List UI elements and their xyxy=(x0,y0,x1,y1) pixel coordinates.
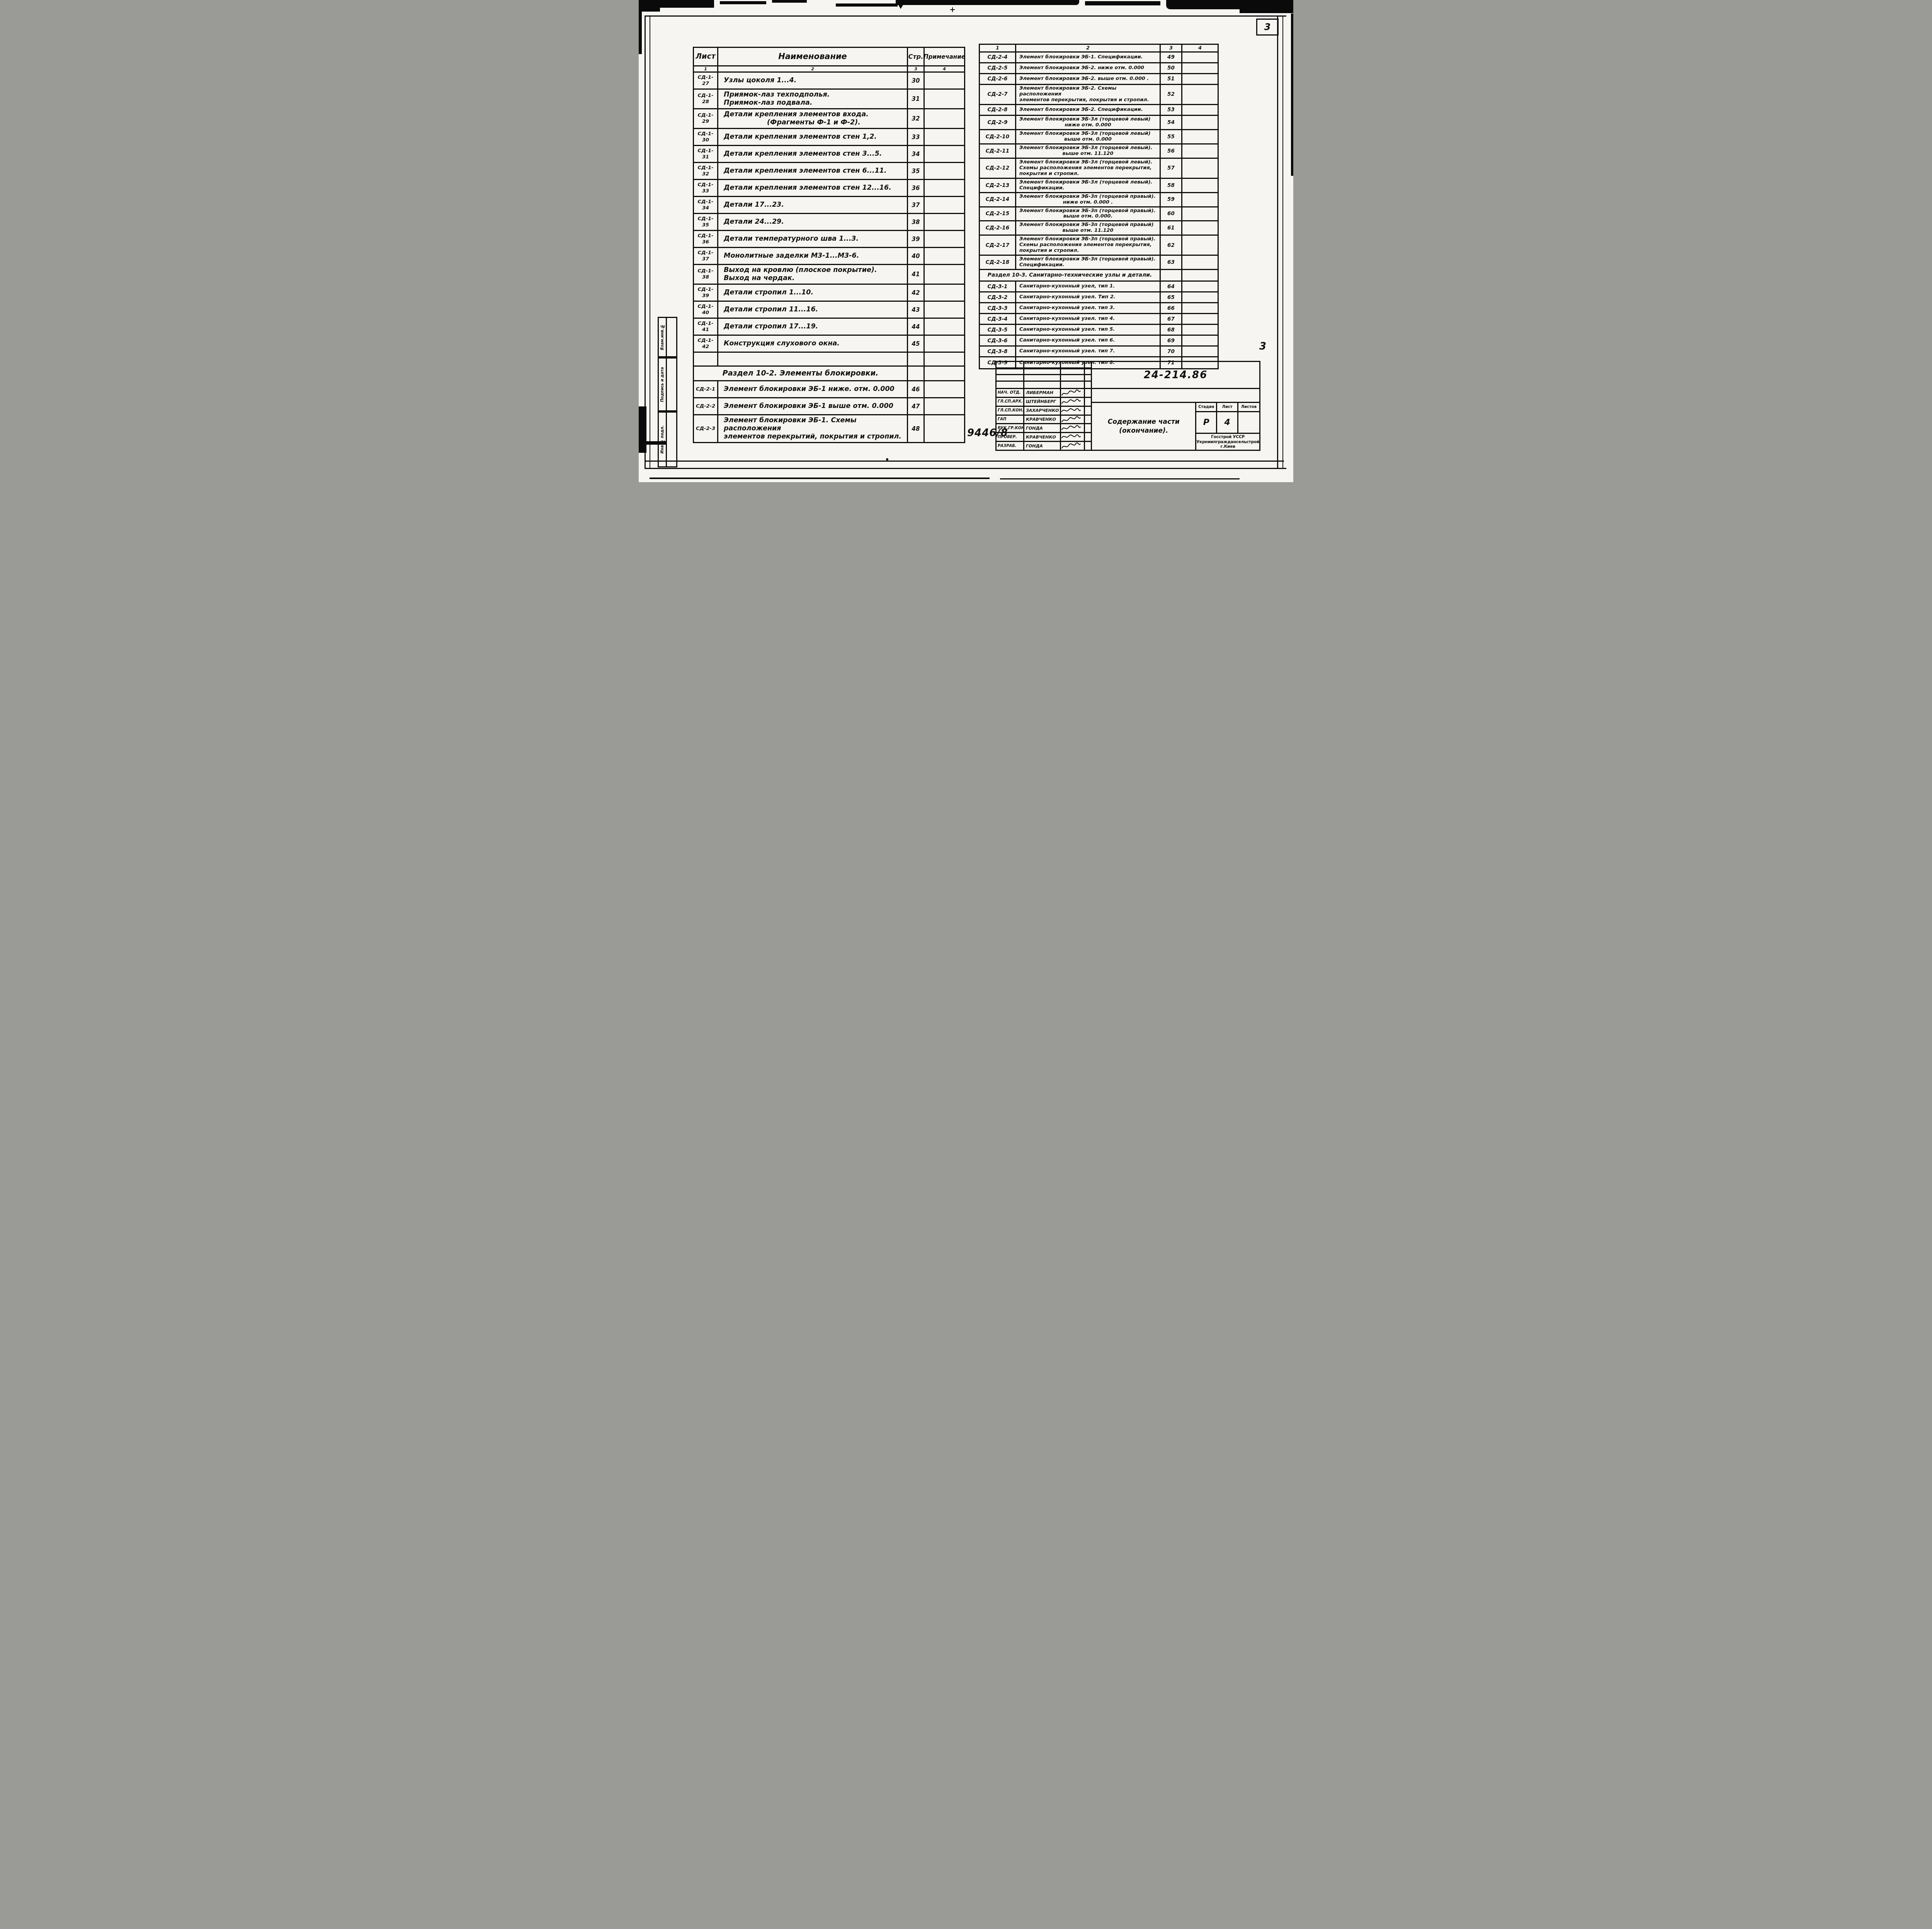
sheet-id: СД-2-3 xyxy=(694,415,718,442)
sheet-id: СД-1-31 xyxy=(694,146,718,162)
sheet-name: Элемент блокировки ЭБ-3л (торцевой левый… xyxy=(1016,159,1161,178)
scan-artifact xyxy=(639,0,714,8)
page-number: 61 xyxy=(1161,221,1182,235)
signature-empty-row xyxy=(997,375,1091,382)
sheet-id: СД-1-27 xyxy=(694,73,718,88)
note-cell xyxy=(925,109,964,128)
sheet-name: Приямок-лаз техподполья.Приямок-лаз подв… xyxy=(718,90,908,108)
frame-right-inner-line xyxy=(1277,15,1278,469)
section-row: Раздел 10-3. Санитарно-технические узлы … xyxy=(980,270,1218,282)
page-number: 57 xyxy=(1161,159,1182,178)
contents-table-left: Лист Наименование Стр. Примечание 1 2 3 … xyxy=(693,47,965,443)
sheet-id: СД-1-32 xyxy=(694,163,718,179)
table-row: СД-2-17Элемент блокировки ЭБ-3п (торцево… xyxy=(980,236,1218,256)
sheet-id: СД-2-1 xyxy=(694,381,718,397)
signature-cell xyxy=(1061,389,1085,397)
sheet-name: Элемент блокировки ЭБ-3п (торцевой правы… xyxy=(1016,221,1161,235)
note-cell xyxy=(1182,116,1218,129)
sheet-id: СД-2-9 xyxy=(980,116,1016,129)
person-name: Кравченко xyxy=(1024,433,1061,441)
page-number: 45 xyxy=(908,336,925,352)
page-number: 30 xyxy=(908,73,925,88)
page-number: 32 xyxy=(908,109,925,128)
signature-row: Гл.сп.кон.Захарченко xyxy=(997,407,1091,416)
page-number: 62 xyxy=(1161,236,1182,255)
signature-scribble xyxy=(1061,433,1082,441)
page-number: 58 xyxy=(1161,179,1182,192)
stage-label: Стадия xyxy=(1196,403,1217,411)
sheet-name: Элемент блокировки ЭБ-3п (торцевой правы… xyxy=(1016,193,1161,206)
section-row: Раздел 10-2. Элементы блокировки. xyxy=(694,367,964,381)
title-block: Нач. отд.ЛиберманГл.сп.арх.ШтейнбергГл.с… xyxy=(995,361,1260,451)
sheet-value: 4 xyxy=(1217,412,1238,433)
note-cell xyxy=(1182,85,1218,104)
frame-top-line xyxy=(645,15,1286,17)
sheet-id: СД-1-29 xyxy=(694,109,718,128)
page-number: 39 xyxy=(908,231,925,247)
sheet-name: Детали температурного шва 1...3. xyxy=(718,231,908,247)
sheet-id: СД-2-17 xyxy=(980,236,1016,255)
stamp-vzam-inv: Взам.инв.№ xyxy=(658,317,677,357)
header-name: Наименование xyxy=(718,48,908,65)
sheet-name: Элемент блокировки ЭБ-3п (торцевой правы… xyxy=(1016,236,1161,255)
note-cell xyxy=(1182,314,1218,324)
signature-scribble xyxy=(1061,398,1081,405)
sheet-id: СД-3-4 xyxy=(980,314,1016,324)
sheet-name: Элемент блокировки ЭБ-3п (торцевой правы… xyxy=(1016,256,1161,269)
note-cell xyxy=(925,197,964,213)
sheet-number-box: 3 xyxy=(1256,19,1279,36)
sheet-name: Узлы цоколя 1...4. xyxy=(718,73,908,88)
title-block-empty-band xyxy=(1092,389,1259,403)
scan-artifact xyxy=(1291,14,1293,176)
empty-row xyxy=(694,353,964,367)
scan-artifact xyxy=(1000,478,1240,479)
table-row: СД-2-3Элемент блокировки ЭБ-1. Схемы рас… xyxy=(694,415,964,442)
sheet-name: Конструкция слухового окна. xyxy=(718,336,908,352)
sheet-name: Санитарно-кухонный узел. тип 5. xyxy=(1016,325,1161,335)
signature-cell xyxy=(1061,407,1085,415)
header-page: Стр. xyxy=(908,48,925,65)
scan-artifact xyxy=(896,0,1079,5)
note-cell xyxy=(1182,303,1218,313)
page-number: 48 xyxy=(908,415,925,442)
table-row: СД-3-4Санитарно-кухонный узел. тип 4.67 xyxy=(980,314,1218,325)
table-row: СД-1-30Детали крепления элементов стен 1… xyxy=(694,129,964,146)
note-cell xyxy=(1182,336,1218,345)
sheet-name: Санитарно-кухонный узел. тип 3. xyxy=(1016,303,1161,313)
note-cell xyxy=(925,248,964,264)
table-row: СД-1-27Узлы цоколя 1...4.30 xyxy=(694,73,964,90)
column-numbers-row: 1 2 3 4 xyxy=(694,66,964,73)
sheet-number: 3 xyxy=(1264,22,1271,32)
sheet-id: СД-3-2 xyxy=(980,292,1016,302)
note-cell xyxy=(925,73,964,88)
date-cell xyxy=(1085,398,1091,406)
table-row: СД-2-2Элемент блокировки ЭБ-1 выше отм. … xyxy=(694,398,964,415)
position-label: ГАП xyxy=(997,416,1024,423)
section-title: Раздел 10-2. Элементы блокировки. xyxy=(694,367,908,380)
sheet-name: Детали стропил 1...10. xyxy=(718,285,908,301)
note-cell xyxy=(1182,236,1218,255)
sheet-name: Детали крепления элементов стен 1,2. xyxy=(718,129,908,145)
header-note: Примечание xyxy=(925,48,964,65)
page-number: 33 xyxy=(908,129,925,145)
sheet-id: СД-2-18 xyxy=(980,256,1016,269)
note-cell xyxy=(925,231,964,247)
page-number: 43 xyxy=(908,302,925,318)
table-row: СД-2-4Элемент блокировки ЭБ-1. Специфика… xyxy=(980,53,1218,63)
sheet-name: Элемент блокировки ЭБ-3л (торцевой левый… xyxy=(1016,130,1161,143)
page-number: 56 xyxy=(1161,144,1182,158)
sheet-name: Выход на кровлю (плоское покрытие).Выход… xyxy=(718,265,908,284)
sheet-id: СД-3-3 xyxy=(980,303,1016,313)
sheet-id: СД-2-14 xyxy=(980,193,1016,206)
note-cell xyxy=(925,129,964,145)
page-number: 68 xyxy=(1161,325,1182,335)
scan-artifact xyxy=(720,1,766,4)
sheet-name: Элемент блокировки ЭБ-2. выше отм. 0.000… xyxy=(1016,74,1161,84)
table-row: СД-1-28Приямок-лаз техподполья.Приямок-л… xyxy=(694,90,964,109)
note-cell xyxy=(925,90,964,108)
empty-cell xyxy=(694,353,718,365)
col-number: 2 xyxy=(1016,45,1161,51)
stamp-label: Инв.№ подл. xyxy=(660,425,665,454)
page-number: 37 xyxy=(908,197,925,213)
page-number: 67 xyxy=(1161,314,1182,324)
note-cell xyxy=(925,265,964,284)
stamp-label-cell: Инв.№ подл. xyxy=(659,413,667,466)
table-row: СД-1-40Детали стропил 11...16.43 xyxy=(694,302,964,319)
page-number: 52 xyxy=(1161,85,1182,104)
table-row: СД-2-16Элемент блокировки ЭБ-3п (торцево… xyxy=(980,221,1218,236)
sheet-name: Детали 24...29. xyxy=(718,214,908,230)
title-block-bottom: Содержание части (окончание). Стадия Лис… xyxy=(1092,403,1259,450)
page-number: 41 xyxy=(908,265,925,284)
sheet-name: Санитарно-кухонный узел. тип 4. xyxy=(1016,314,1161,324)
sheet-id: СД-2-11 xyxy=(980,144,1016,158)
empty-cell xyxy=(1182,270,1218,280)
sheet-name: Детали крепления элементов стен 3...5. xyxy=(718,146,908,162)
page-number: 55 xyxy=(1161,130,1182,143)
table-row: СД-1-36Детали температурного шва 1...3.3… xyxy=(694,231,964,248)
note-cell xyxy=(925,285,964,301)
sheet-id: СД-3-8 xyxy=(980,347,1016,356)
sheet-id: СД-1-42 xyxy=(694,336,718,352)
empty-cell xyxy=(908,353,925,365)
note-cell xyxy=(1182,179,1218,192)
sheet-name: Детали стропил 11...16. xyxy=(718,302,908,318)
table-row: СД-1-31Детали крепления элементов стен 3… xyxy=(694,146,964,163)
scan-artifact xyxy=(836,3,898,7)
stamp-empty-cell xyxy=(667,318,676,356)
sheet-name: Элемент блокировки ЭБ-2. Схемы расположе… xyxy=(1016,85,1161,104)
stamp-empty-cell xyxy=(667,413,676,466)
sheet-id: СД-2-15 xyxy=(980,207,1016,221)
table-row: СД-3-3Санитарно-кухонный узел. тип 3.66 xyxy=(980,303,1218,314)
sheet-name: Санитарно-кухонный узел, тип 1. xyxy=(1016,282,1161,291)
table-row: СД-3-1Санитарно-кухонный узел, тип 1.64 xyxy=(980,282,1218,292)
sheet-id: СД-1-33 xyxy=(694,180,718,196)
sheet-id: СД-2-13 xyxy=(980,179,1016,192)
signature-cell xyxy=(1061,416,1085,423)
sheet-id: СД-1-28 xyxy=(694,90,718,108)
table-row: СД-3-5Санитарно-кухонный узел. тип 5.68 xyxy=(980,325,1218,336)
sheet-name: Элемент блокировки ЭБ-3л (торцевой левый… xyxy=(1016,179,1161,192)
page-number: 49 xyxy=(1161,53,1182,62)
signature-row: Рук.гр.кон.Гонда xyxy=(997,424,1091,433)
col-number: 3 xyxy=(1161,45,1182,51)
scan-artifact xyxy=(952,7,953,12)
frame-left-outer-line xyxy=(645,15,646,469)
header-list: Лист xyxy=(694,48,718,65)
page-number: 51 xyxy=(1161,74,1182,84)
person-name: Либерман xyxy=(1024,389,1061,397)
sheet-label: Лист xyxy=(1217,403,1238,411)
sheet-id: СД-2-4 xyxy=(980,53,1016,62)
note-cell xyxy=(1182,130,1218,143)
sheet-id: СД-1-41 xyxy=(694,319,718,335)
signature-cell xyxy=(1061,442,1085,450)
page-number: 69 xyxy=(1161,336,1182,345)
sheet-id: СД-1-36 xyxy=(694,231,718,247)
frame-bottom-line-2 xyxy=(645,468,1286,469)
note-cell xyxy=(1182,105,1218,115)
note-cell xyxy=(925,214,964,230)
empty-cell xyxy=(1161,270,1182,280)
sheet-name: Элемент блокировки ЭБ-1 выше отм. 0.000 xyxy=(718,398,908,414)
note-cell xyxy=(1182,347,1218,356)
table-row: СД-2-7Элемент блокировки ЭБ-2. Схемы рас… xyxy=(980,85,1218,105)
signature-scribble xyxy=(1061,416,1082,423)
sheet-name: Элемент блокировки ЭБ-2. Спецификации. xyxy=(1016,105,1161,115)
sheet-title: Содержание части (окончание). xyxy=(1092,403,1196,450)
signature-cell xyxy=(1061,424,1085,432)
date-cell xyxy=(1085,407,1091,415)
date-cell xyxy=(1085,424,1091,432)
sheet-id: СД-1-37 xyxy=(694,248,718,264)
date-cell xyxy=(1085,433,1091,441)
sheet-name: Элемент блокировки ЭБ-2. ниже отм. 0.000 xyxy=(1016,63,1161,73)
table-row: СД-2-6Элемент блокировки ЭБ-2. выше отм.… xyxy=(980,74,1218,85)
page-number: 64 xyxy=(1161,282,1182,291)
note-cell xyxy=(1182,63,1218,73)
sheet-id: СД-2-10 xyxy=(980,130,1016,143)
note-cell xyxy=(925,398,964,414)
note-cell xyxy=(925,319,964,335)
scan-artifact xyxy=(772,0,807,3)
sheets-value xyxy=(1238,412,1259,433)
sheet-name: Элемент блокировки ЭБ-1 ниже. отм. 0.000 xyxy=(718,381,908,397)
position-label: Рук.гр.кон. xyxy=(997,424,1024,432)
table-row: СД-1-41Детали стропил 17...19.44 xyxy=(694,319,964,336)
sheet-name: Элемент блокировки ЭБ-1. Спецификации. xyxy=(1016,53,1161,62)
note-cell xyxy=(1182,193,1218,206)
sheet-id: СД-2-12 xyxy=(980,159,1016,178)
signature-scribble xyxy=(1061,442,1082,450)
date-cell xyxy=(1085,442,1091,450)
page-number: 60 xyxy=(1161,207,1182,221)
sheet-id: СД-1-30 xyxy=(694,129,718,145)
sheet-name: Санитарно-кухонный узел. тип 7. xyxy=(1016,347,1161,356)
stamp-label-cell: Взам.инв.№ xyxy=(659,318,667,356)
col-number: 4 xyxy=(925,66,964,71)
sheet-id: СД-3-6 xyxy=(980,336,1016,345)
sheet-id: СД-2-7 xyxy=(980,85,1016,104)
table-row: СД-1-42Конструкция слухового окна.45 xyxy=(694,336,964,353)
sheet-id: СД-2-5 xyxy=(980,63,1016,73)
note-cell xyxy=(1182,221,1218,235)
note-cell xyxy=(1182,74,1218,84)
table-row: СД-2-10Элемент блокировки ЭБ-3л (торцево… xyxy=(980,130,1218,144)
table-row: СД-1-29Детали крепления элементов входа.… xyxy=(694,109,964,129)
note-cell xyxy=(1182,207,1218,221)
signature-cell xyxy=(1061,433,1085,441)
sheet-name: Элемент блокировки ЭБ-3л (торцевой левый… xyxy=(1016,116,1161,129)
sheet-id: СД-2-8 xyxy=(980,105,1016,115)
title-block-right: 24-214.86 Содержание части (окончание). … xyxy=(1092,362,1259,450)
page-number: 66 xyxy=(1161,303,1182,313)
page-number: 65 xyxy=(1161,292,1182,302)
page-number: 59 xyxy=(1161,193,1182,206)
table-row: СД-2-12Элемент блокировки ЭБ-3л (торцево… xyxy=(980,159,1218,179)
stage-header-row: Стадия Лист Листов xyxy=(1196,403,1259,412)
contents-table-right: 1 2 3 4 СД-2-4Элемент блокировки ЭБ-1. С… xyxy=(979,44,1219,369)
sheet-id: СД-1-34 xyxy=(694,197,718,213)
signature-row: ГАПКравченко xyxy=(997,416,1091,425)
page-number: 63 xyxy=(1161,256,1182,269)
signature-cell xyxy=(1061,398,1085,406)
sheet-name: Монолитные заделки М3-1...М3-6. xyxy=(718,248,908,264)
frame-bottom-line-1 xyxy=(645,461,1284,462)
stamp-label-cell: Подпись и дата xyxy=(659,359,667,410)
note-cell xyxy=(1182,256,1218,269)
signature-rows: Нач. отд.ЛиберманГл.сп.арх.ШтейнбергГл.с… xyxy=(997,389,1091,450)
sheet-name: Детали 17...23. xyxy=(718,197,908,213)
person-name: Захарченко xyxy=(1024,407,1061,415)
note-cell xyxy=(925,180,964,196)
signature-row: Нач. отд.Либерман xyxy=(997,389,1091,398)
page-number: 47 xyxy=(908,398,925,414)
signature-row: Гл.сп.арх.Штейнберг xyxy=(997,398,1091,407)
scan-artifact xyxy=(650,478,990,479)
table-row: СД-2-1Элемент блокировки ЭБ-1 ниже. отм.… xyxy=(694,381,964,398)
table-row: СД-2-9Элемент блокировки ЭБ-3л (торцевой… xyxy=(980,116,1218,130)
table-row: СД-2-5Элемент блокировки ЭБ-2. ниже отм.… xyxy=(980,63,1218,74)
signature-scribble xyxy=(1061,389,1082,397)
sheet-name: Элемент блокировки ЭБ-3п (торцевой правы… xyxy=(1016,207,1161,221)
table-row: СД-1-34Детали 17...23.37 xyxy=(694,197,964,214)
table-row: СД-2-8Элемент блокировки ЭБ-2. Специфика… xyxy=(980,105,1218,116)
col-number: 4 xyxy=(1182,45,1218,51)
sheet-name: Элемент блокировки ЭБ-3л (торцевой левый… xyxy=(1016,144,1161,158)
table-header-row: Лист Наименование Стр. Примечание xyxy=(694,48,964,66)
frame-right-outer-line xyxy=(1282,15,1283,469)
col-number: 2 xyxy=(718,66,908,71)
signature-row: Разраб.Гонда xyxy=(997,442,1091,450)
signature-empty-row xyxy=(997,382,1091,389)
page-number: 42 xyxy=(908,285,925,301)
page-number: 53 xyxy=(1161,105,1182,115)
page-number: 40 xyxy=(908,248,925,264)
scan-artifact xyxy=(639,7,660,12)
note-cell xyxy=(925,381,964,397)
table-body: СД-2-4Элемент блокировки ЭБ-1. Специфика… xyxy=(980,53,1218,368)
frame-left-inner-line xyxy=(650,15,650,469)
sheet-id: СД-3-5 xyxy=(980,325,1016,335)
stage-column: Стадия Лист Листов Р 4 Госстрой УССР Укр… xyxy=(1196,403,1259,450)
sheet-name: Санитарно-кухонный узел. Тип 2. xyxy=(1016,292,1161,302)
table-row: СД-1-35Детали 24...29.38 xyxy=(694,214,964,231)
col-number: 1 xyxy=(980,45,1016,51)
note-cell xyxy=(1182,144,1218,158)
table-row: СД-2-11Элемент блокировки ЭБ-3л (торцево… xyxy=(980,144,1218,159)
stamp-label: Взам.инв.№ xyxy=(660,324,665,350)
position-label: Гл.сп.арх. xyxy=(997,398,1024,406)
table-row: СД-2-14Элемент блокировки ЭБ-3п (торцево… xyxy=(980,193,1218,207)
table-row: СД-1-33Детали крепления элементов стен 1… xyxy=(694,180,964,197)
person-name: Гонда xyxy=(1024,424,1061,432)
table-body: СД-1-27Узлы цоколя 1...4.30СД-1-28Приямо… xyxy=(694,73,964,442)
sheet-name: Санитарно-кухонный узел. тип 6. xyxy=(1016,336,1161,345)
empty-cell xyxy=(925,367,964,380)
page-number: 46 xyxy=(908,381,925,397)
signature-empty-row xyxy=(997,369,1091,375)
stamp-inv-podl: Инв.№ подл. xyxy=(658,411,677,467)
empty-cell xyxy=(925,353,964,365)
page-number: 35 xyxy=(908,163,925,179)
signature-table: Нач. отд.ЛиберманГл.сп.арх.ШтейнбергГл.с… xyxy=(997,362,1092,450)
note-cell xyxy=(1182,282,1218,291)
position-label: Разраб. xyxy=(997,442,1024,450)
scan-artifact xyxy=(1240,0,1293,13)
scan-artifact xyxy=(1085,1,1160,5)
col-number: 1 xyxy=(694,66,718,71)
table-row: СД-2-13Элемент блокировки ЭБ-3л (торцево… xyxy=(980,179,1218,193)
document-number: 24-214.86 xyxy=(1092,362,1259,389)
note-cell xyxy=(925,302,964,318)
person-name: Гонда xyxy=(1024,442,1061,450)
position-label: Провер. xyxy=(997,433,1024,441)
page-number: 70 xyxy=(1161,347,1182,356)
sheet-id: СД-1-39 xyxy=(694,285,718,301)
note-cell xyxy=(925,163,964,179)
table-row: СД-1-39Детали стропил 1...10.42 xyxy=(694,285,964,302)
table-row: СД-3-6Санитарно-кухонный узел. тип 6.69 xyxy=(980,336,1218,347)
scan-artifact xyxy=(898,5,903,9)
table-row: СД-1-38Выход на кровлю (плоское покрытие… xyxy=(694,265,964,285)
column-numbers-row: 1 2 3 4 xyxy=(980,45,1218,53)
sheet-name: Детали крепления элементов стен 6...11. xyxy=(718,163,908,179)
section-title: Раздел 10-3. Санитарно-технические узлы … xyxy=(980,270,1161,280)
page-number: 38 xyxy=(908,214,925,230)
sheet-id: СД-1-40 xyxy=(694,302,718,318)
table-row: СД-3-2Санитарно-кухонный узел. Тип 2.65 xyxy=(980,292,1218,303)
empty-cell xyxy=(908,367,925,380)
note-cell xyxy=(1182,159,1218,178)
stage-values-row: Р 4 xyxy=(1196,412,1259,434)
col-number: 3 xyxy=(908,66,925,71)
page-number: 54 xyxy=(1161,116,1182,129)
note-cell xyxy=(1182,292,1218,302)
sheet-id: СД-1-38 xyxy=(694,265,718,284)
sheet-name: Детали крепления элементов входа.(Фрагме… xyxy=(718,109,908,128)
signature-scribble xyxy=(1061,407,1082,415)
table-row: СД-3-8Санитарно-кухонный узел. тип 7.70 xyxy=(980,347,1218,357)
note-cell xyxy=(925,336,964,352)
table-row: СД-2-15Элемент блокировки ЭБ-3п (торцево… xyxy=(980,207,1218,222)
scanned-sheet: 3 Взам.инв.№ Подпись и дата Инв.№ подл. … xyxy=(639,0,1293,482)
